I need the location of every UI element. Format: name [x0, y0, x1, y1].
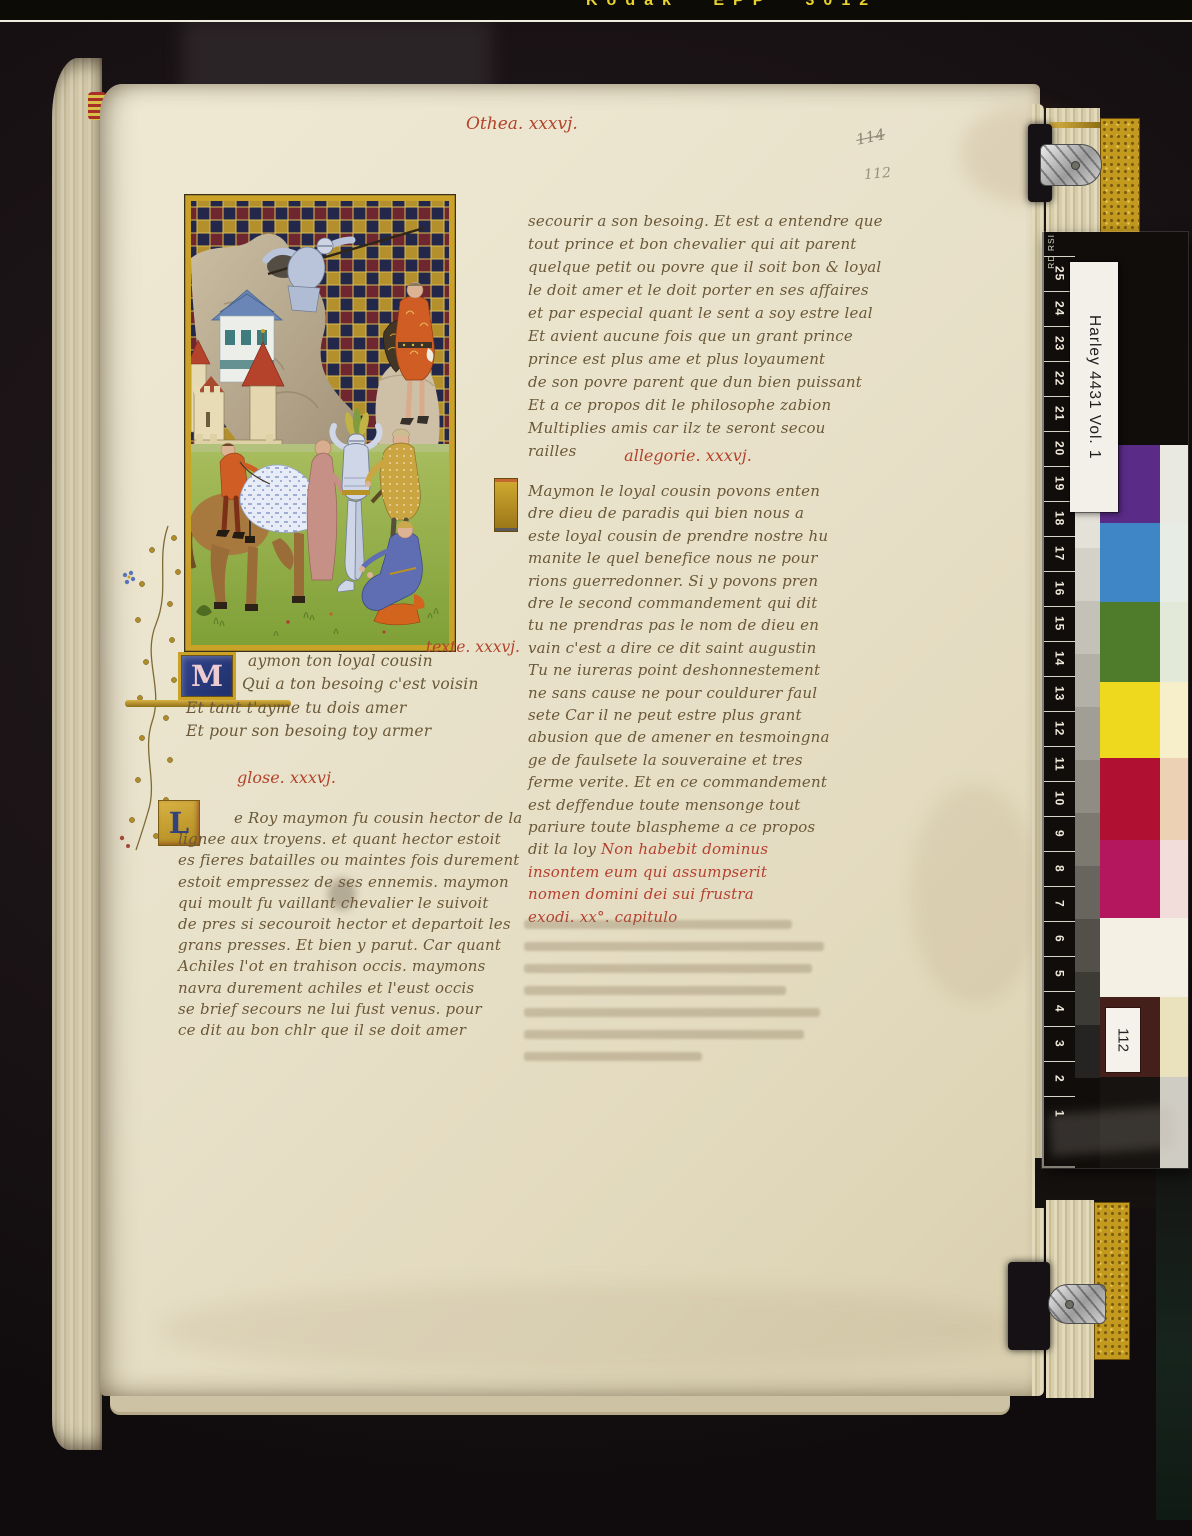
ruler-tick: 2 [1044, 1061, 1075, 1096]
tint-pale-cream [1160, 997, 1188, 1077]
text-line: tout prince et bon chevalier qui ait par… [528, 233, 858, 256]
running-header: Othea. xxxvj. [466, 114, 578, 134]
text-line: Et avient aucune fois que un grant princ… [528, 325, 858, 348]
film-strip: Kodak EPP 3012 [0, 0, 1192, 20]
show-through-ghost-text [524, 920, 834, 1074]
glose-line: de pres si secouroit hector et departoit… [178, 914, 568, 935]
allegorie-text: Maymon le loyal cousin povons entendre d… [528, 480, 868, 839]
ruler-tick: 8 [1044, 851, 1075, 886]
ruler-tick: 3 [1044, 1026, 1075, 1061]
tint-pink [1160, 840, 1188, 918]
tint-patch-column [1160, 232, 1188, 1168]
text-line: Et a ce propos dit le philosophe zabion [528, 394, 858, 417]
gauffered-gilt-edge-top [1100, 118, 1140, 234]
text-line: Maymon le loyal cousin povons enten [528, 480, 868, 502]
mixed-latin-line: dit la loy Non habebit dominus [528, 838, 868, 860]
patch-red [1100, 758, 1160, 840]
parchment-stain [160, 1284, 1020, 1374]
gauffered-gilt-edge-bottom [1094, 1202, 1130, 1360]
manuscript-page: Othea. xxxvj. 114 112 [100, 84, 1040, 1396]
under-page-edge [110, 1396, 1010, 1412]
tint-header-black [1160, 232, 1188, 445]
glose-line: Achiles l'ot en trahison occis. maymons [178, 956, 568, 977]
verse-text: aymon ton loyal cousinQui a ton besoing … [170, 650, 550, 744]
glose-rubric: glose. xxxvj. [237, 768, 336, 787]
text-line: ferme verite. Et en ce commandement [528, 771, 868, 793]
ghost-line [524, 1008, 820, 1017]
latin-line: nomen domini dei sui frustra [528, 883, 868, 905]
patch-green [1100, 602, 1160, 682]
text-line: este loyal cousin de prendre nostre hu [528, 525, 868, 547]
book-page-edges-left [52, 58, 102, 1450]
glose-line: estoit empressez de ses ennemis. maymon [178, 872, 568, 893]
gray-step [1075, 707, 1100, 760]
ruler-tick: 13 [1044, 676, 1075, 711]
gilt-edge-glint [1050, 122, 1100, 128]
glose-line: es fieres batailles ou maintes fois dure… [178, 850, 568, 871]
text-line: est deffendue toute mensonge tout [528, 794, 868, 816]
verse-line: Et pour son besoing toy armer [170, 720, 550, 743]
text-line: prince est plus ame et plus loyaument [528, 348, 858, 371]
glose-line: e Roy maymon fu cousin hector de la [178, 808, 568, 829]
gray-step [1075, 760, 1100, 813]
book-strap-bottom [1008, 1262, 1050, 1350]
gray-step [1075, 972, 1100, 1025]
text-line: pariure toute blaspheme a ce propos [528, 816, 868, 838]
folio-number: 112 [863, 165, 892, 183]
text-line: sete Car il ne peut estre plus grant [528, 704, 868, 726]
parchment-stain [910, 784, 1040, 1004]
ghost-line [524, 942, 824, 951]
ghost-line [524, 986, 786, 995]
glose-text: e Roy maymon fu cousin hector de laligne… [178, 808, 568, 1041]
gray-step [1075, 919, 1100, 972]
miniature-painting [184, 194, 456, 652]
text-line: Tu ne iureras point deshonnestement [528, 659, 868, 681]
shelfmark-label: Harley 4431 Vol. 1 [1070, 262, 1118, 512]
allegorie-rubric: allegorie. xxxvj. [528, 446, 848, 465]
tint-cream [1160, 682, 1188, 758]
text-line: Multiplies amis car ilz te seront secou [528, 417, 858, 440]
glose-line: ce dit au bon chlr que il se doit amer [178, 1020, 568, 1041]
tint-peach [1160, 758, 1188, 840]
verse-line: Qui a ton besoing c'est voisin [170, 673, 550, 696]
ruler-tick: 9 [1044, 816, 1075, 851]
color-calibration-bar: 2524232221201918171615141312111098765432… [1042, 232, 1188, 1168]
text-line: abusion que de amener en tesmoingna [528, 726, 868, 748]
text-line: ne sans cause ne pour couldurer faul [528, 682, 868, 704]
folio-number-old: 114 [854, 125, 886, 149]
text-line: quelque petit ou povre que il soit bon &… [528, 256, 858, 279]
gray-step [1075, 548, 1100, 601]
ivy-blue-flower [123, 571, 135, 584]
text-line: vain c'est a dire ce dit saint augustin [528, 637, 868, 659]
folio-sticker-text: 112 [1115, 1028, 1132, 1052]
latin-red-text: insontem eum qui assumpseritnomen domini… [528, 861, 868, 928]
text-line: de son povre parent que dun bien puissan… [528, 371, 858, 394]
text-line: ge de faulsete la souveraine et tres [528, 749, 868, 771]
tint-pale-green [1160, 602, 1188, 682]
gray-step [1075, 601, 1100, 654]
gray-step [1075, 866, 1100, 919]
glose-line: lignee aux troyens. et quant hector esto… [178, 829, 568, 850]
text-line: tu ne prendras pas le nom de dieu en [528, 614, 868, 636]
folio-sticker: 112 [1106, 1008, 1140, 1072]
gray-step [1075, 813, 1100, 866]
ghost-line [524, 1052, 702, 1061]
ruler-tick: 15 [1044, 606, 1075, 641]
text-line: dre dieu de paradis qui bien nous a [528, 502, 868, 524]
metal-clasp-bottom [1048, 1284, 1106, 1324]
right-column-top-text: secourir a son besoing. Et est a entendr… [528, 210, 858, 463]
manuscript-photo-scene: Kodak EPP 3012 Othea. xxxvj. 114 112 [0, 0, 1192, 1536]
ruler-tick: 7 [1044, 886, 1075, 921]
text-line: secourir a son besoing. Et est a entendr… [528, 210, 858, 233]
ruler-tick: 5 [1044, 956, 1075, 991]
text-line: et par especial quant le sent a soy estr… [528, 302, 858, 325]
patch-yellow [1100, 682, 1160, 758]
gray-step [1075, 654, 1100, 707]
ruler-tick: 17 [1044, 536, 1075, 571]
glose-line: navra durement achiles et l'eust occis [178, 978, 568, 999]
tint-light-gray [1160, 445, 1188, 523]
tint-pale-green-white [1160, 523, 1188, 602]
ruler-tick: 6 [1044, 921, 1075, 956]
patch-white [1100, 918, 1160, 997]
text-line: dre le second commandement qui dit [528, 592, 868, 614]
ruler-tick: 16 [1044, 571, 1075, 606]
ghost-line [524, 964, 812, 973]
allegorie-initial-ornament [494, 478, 518, 532]
bar-corner-text: RD RSI [1046, 234, 1056, 278]
tint-white [1160, 918, 1188, 997]
ghost-line [524, 920, 792, 929]
patch-magenta [1100, 840, 1160, 918]
ghost-line [524, 1030, 804, 1039]
mixed-line-plain: dit la loy [528, 840, 596, 858]
ruler-tick: 10 [1044, 781, 1075, 816]
patch-blue [1100, 523, 1160, 602]
verse-line: Et tant t'ayme tu dois amer [170, 697, 550, 720]
miniature-scene [184, 194, 456, 652]
text-line: manite le quel benefice nous ne pour [528, 547, 868, 569]
clasp-rivet [1071, 161, 1080, 170]
ruler-tick: 4 [1044, 991, 1075, 1026]
shelfmark-text: Harley 4431 Vol. 1 [1085, 315, 1103, 460]
tape-glare [1049, 1106, 1176, 1157]
glose-line: se brief secours ne lui fust venus. pour [178, 999, 568, 1020]
metal-clasp-top [1040, 144, 1102, 186]
ruler-tick: 14 [1044, 641, 1075, 676]
latin-line: insontem eum qui assumpserit [528, 861, 868, 883]
ruler-tick: 12 [1044, 711, 1075, 746]
film-strip-label: Kodak EPP 3012 [586, 0, 877, 10]
glose-line: grans presses. Et bien y parut. Car quan… [178, 935, 568, 956]
verse-line: aymon ton loyal cousin [170, 650, 550, 673]
text-line: rions guerredonner. Si y povons pren [528, 570, 868, 592]
ruler-tick: 11 [1044, 746, 1075, 781]
mixed-line-red: Non habebit dominus [601, 840, 768, 858]
text-line: le doit amer et le doit porter en ses af… [528, 279, 858, 302]
clasp-rivet [1065, 1300, 1074, 1309]
gray-step [1075, 1025, 1100, 1078]
glose-line: qui moult fu vaillant chevalier le suivo… [178, 893, 568, 914]
